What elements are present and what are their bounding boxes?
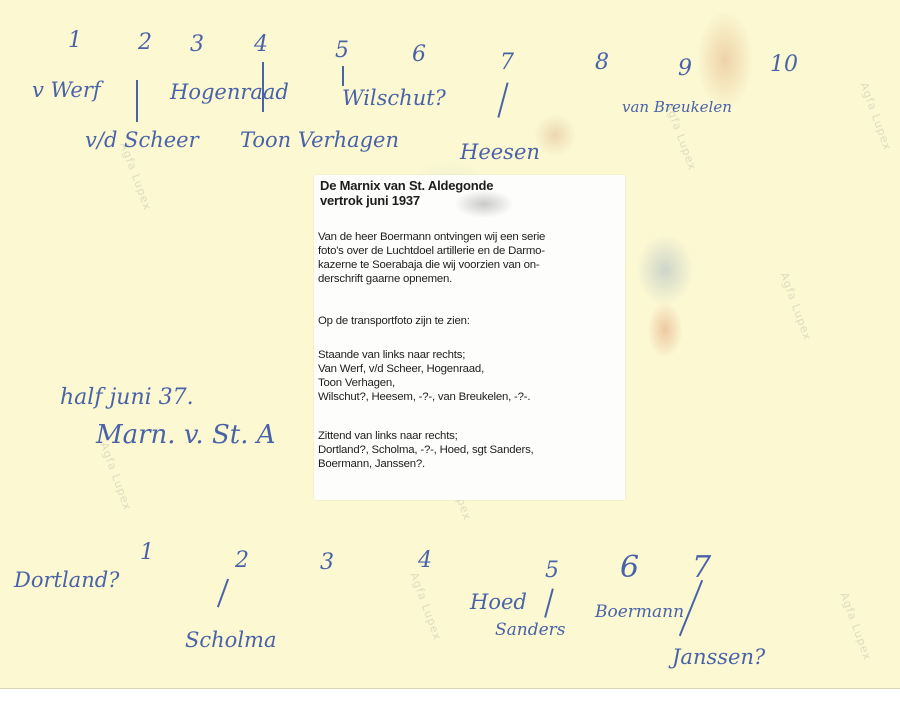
pointer-line — [262, 62, 264, 112]
handwritten-name: Janssen? — [672, 645, 765, 669]
handwritten-number: 3 — [190, 32, 204, 57]
handwritten-number: 2 — [235, 548, 249, 573]
paper-watermark: Agfa Lupex — [777, 271, 814, 343]
pointer-line — [497, 82, 508, 117]
handwritten-ship-name: Marn. v. St. A — [96, 420, 276, 450]
handwritten-number: 3 — [320, 550, 334, 575]
clipping-paragraph: Zittend van links naar rechts; Dortland?… — [318, 429, 622, 471]
handwritten-number: 10 — [770, 52, 798, 77]
handwritten-number: 1 — [68, 28, 82, 53]
handwritten-number: 4 — [418, 548, 432, 573]
handwritten-number: 7 — [500, 50, 514, 75]
clipping-paragraph: Van de heer Boermann ontvingen wij een s… — [318, 230, 622, 286]
handwritten-name: van Breukelen — [622, 98, 732, 116]
handwritten-number: 6 — [412, 42, 426, 67]
handwritten-name: Heesen — [460, 140, 540, 164]
paper-watermark: Agfa Lupex — [857, 81, 894, 153]
handwritten-number: 4 — [254, 32, 268, 57]
pointer-line — [544, 588, 553, 617]
handwritten-name: v/d Scheer — [85, 128, 199, 152]
handwritten-number: 5 — [335, 38, 349, 63]
handwritten-number: 8 — [595, 50, 609, 75]
pointer-line — [136, 80, 138, 122]
handwritten-number: 2 — [138, 30, 152, 55]
pointer-line — [217, 579, 229, 608]
handwritten-number: 6 — [620, 550, 639, 585]
handwritten-name: Toon Verhagen — [240, 128, 399, 152]
photo-back-paper: Agfa Lupex Agfa Lupex Agfa Lupex Agfa Lu… — [0, 0, 900, 689]
handwritten-number: 5 — [545, 558, 559, 583]
clipping-paragraph: Staande van links naar rechts; Van Werf,… — [318, 348, 622, 404]
handwritten-name: v Werf — [32, 78, 101, 102]
stain — [454, 190, 514, 218]
handwritten-number: 1 — [140, 540, 154, 565]
newspaper-clipping: De Marnix van St. Aldegonde vertrok juni… — [314, 175, 625, 500]
paper-watermark: Agfa Lupex — [837, 591, 874, 663]
clipping-paragraph: Op de transportfoto zijn te zien: — [318, 314, 622, 328]
handwritten-date: half juni 37. — [60, 385, 194, 410]
handwritten-name: Hoed — [470, 590, 527, 614]
handwritten-name: Wilschut? — [342, 86, 446, 110]
pointer-line — [342, 66, 344, 86]
paper-watermark: Agfa Lupex — [407, 571, 444, 643]
handwritten-number: 9 — [678, 56, 692, 81]
handwritten-name: Dortland? — [14, 568, 119, 592]
handwritten-name: Boermann — [595, 602, 684, 622]
paper-watermark: Agfa Lupex — [97, 441, 134, 513]
handwritten-name: Scholma — [185, 628, 276, 652]
handwritten-name: Hogenraad — [170, 80, 289, 104]
handwritten-name: Sanders — [495, 620, 566, 640]
